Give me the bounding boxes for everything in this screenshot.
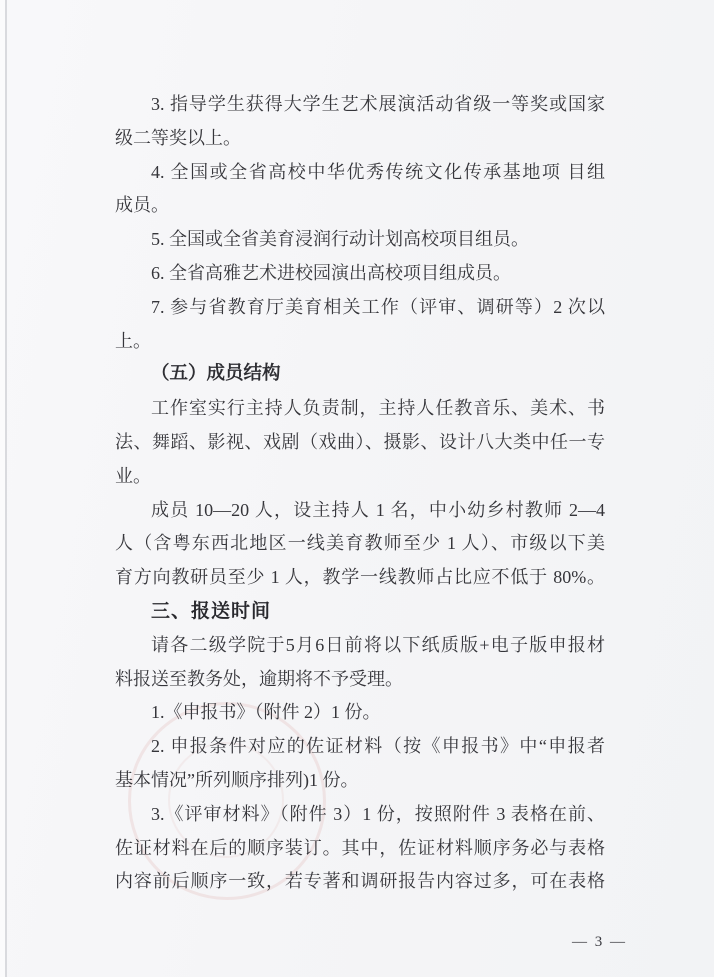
doc-line: 佐证材料在后的顺序装订。其中，佐证材料顺序务必与表格 [115, 832, 605, 866]
doc-line: 请各二级学院于5月6日前将以下纸质版+电子版申报材 [115, 629, 605, 663]
doc-line: 上。 [115, 325, 605, 359]
doc-line: 育方向教研员至少 1 人，教学一线教师占比应不低于 80%。 [115, 561, 605, 595]
doc-line: 4. 全国或全省高校中华优秀传统文化传承基地项 目组 [115, 156, 605, 190]
doc-line: 业。 [115, 460, 605, 494]
section-heading-submission-time: 三、报送时间 [115, 595, 605, 629]
doc-line: 3. 指导学生获得大学生艺术展演活动省级一等奖或国家 [115, 88, 605, 122]
page-number: — 3 — [572, 934, 627, 951]
document-body: 3. 指导学生获得大学生艺术展演活动省级一等奖或国家 级二等奖以上。 4. 全国… [115, 88, 605, 899]
doc-line: 成员。 [115, 189, 605, 223]
doc-line: 1.《申报书》（附件 2）1 份。 [115, 696, 605, 730]
doc-line: 法、舞蹈、影视、戏剧（戏曲）、摄影、设计八大类中任一专 [115, 426, 605, 460]
scanned-document-page: 3. 指导学生获得大学生艺术展演活动省级一等奖或国家 级二等奖以上。 4. 全国… [0, 0, 714, 977]
doc-line: 级二等奖以上。 [115, 122, 605, 156]
doc-line: 6. 全省高雅艺术进校园演出高校项目组成员。 [115, 257, 605, 291]
doc-line: 工作室实行主持人负责制，主持人任教音乐、美术、书 [115, 392, 605, 426]
doc-line: 内容前后顺序一致，若专著和调研报告内容过多，可在表格 [115, 865, 605, 899]
scan-edge-line [5, 0, 7, 977]
doc-line: 3.《评审材料》（附件 3）1 份，按照附件 3 表格在前、 [115, 798, 605, 832]
doc-line: 人（含粤东西北地区一线美育教师至少 1 人）、市级以下美 [115, 527, 605, 561]
doc-line: 7. 参与省教育厅美育相关工作（评审、调研等）2 次以 [115, 291, 605, 325]
doc-line: 基本情况”所列顺序排列)1 份。 [115, 764, 605, 798]
doc-line: 5. 全国或全省美育浸润行动计划高校项目组员。 [115, 223, 605, 257]
doc-line: 料报送至教务处，逾期将不予受理。 [115, 663, 605, 697]
section-heading-member-structure: （五）成员结构 [115, 358, 605, 392]
doc-line: 2. 申报条件对应的佐证材料（按《申报书》中“申报者 [115, 730, 605, 764]
doc-line: 成员 10—20 人，设主持人 1 名，中小幼乡村教师 2—4 [115, 494, 605, 528]
